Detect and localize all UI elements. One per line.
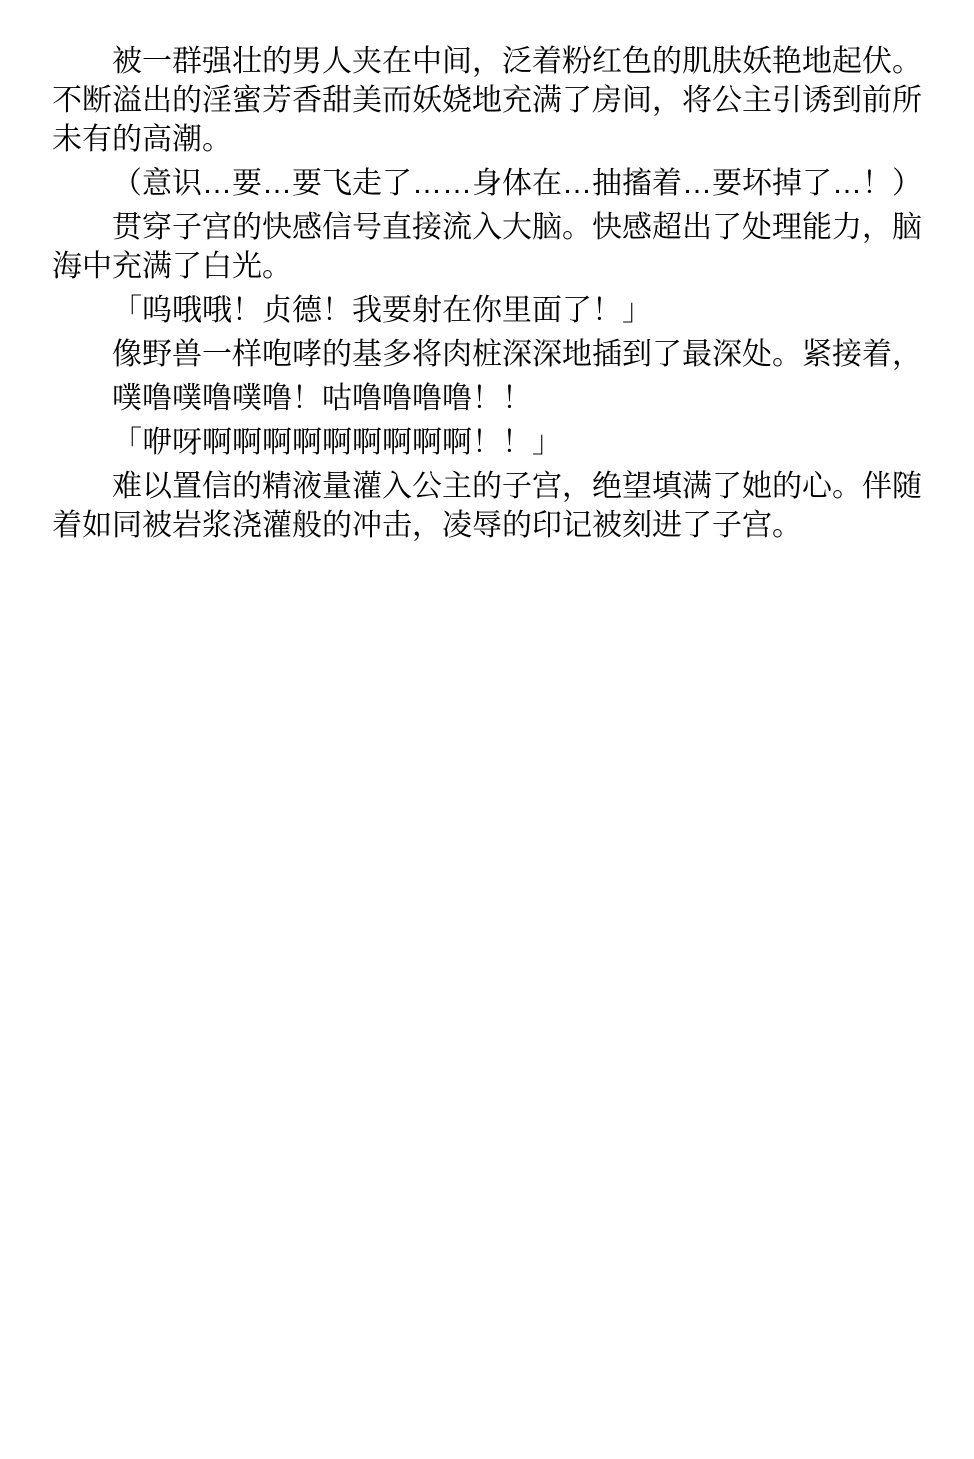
paragraph-dialogue: 「呜哦哦！贞德！我要射在你里面了！」 bbox=[52, 291, 922, 330]
text-block: 被一群强壮的男人夹在中间，泛着粉红色的肌肤妖艳地起伏。不断溢出的淫蜜芳香甜美而妖… bbox=[52, 42, 922, 550]
paragraph-inner-thought: （意识…要…要飞走了……身体在…抽搐着…要坏掉了…！） bbox=[52, 164, 922, 203]
paragraph-narration: 难以置信的精液量灌入公主的子宫，绝望填满了她的心。伴随着如同被岩浆浇灌般的冲击，… bbox=[52, 467, 922, 545]
paragraph-sound-effect: 噗噜噗噜噗噜！咕噜噜噜噜！！ bbox=[52, 379, 922, 418]
paragraph-narration: 像野兽一样咆哮的基多将肉桩深深地插到了最深处。紧接着， bbox=[52, 335, 922, 374]
paragraph-narration: 贯穿子宫的快感信号直接流入大脑。快感超出了处理能力，脑海中充满了白光。 bbox=[52, 208, 922, 286]
document-page: 被一群强壮的男人夹在中间，泛着粉红色的肌肤妖艳地起伏。不断溢出的淫蜜芳香甜美而妖… bbox=[0, 0, 974, 1459]
paragraph-dialogue: 「咿呀啊啊啊啊啊啊啊啊啊！！」 bbox=[52, 423, 922, 462]
paragraph-narration: 被一群强壮的男人夹在中间，泛着粉红色的肌肤妖艳地起伏。不断溢出的淫蜜芳香甜美而妖… bbox=[52, 42, 922, 159]
